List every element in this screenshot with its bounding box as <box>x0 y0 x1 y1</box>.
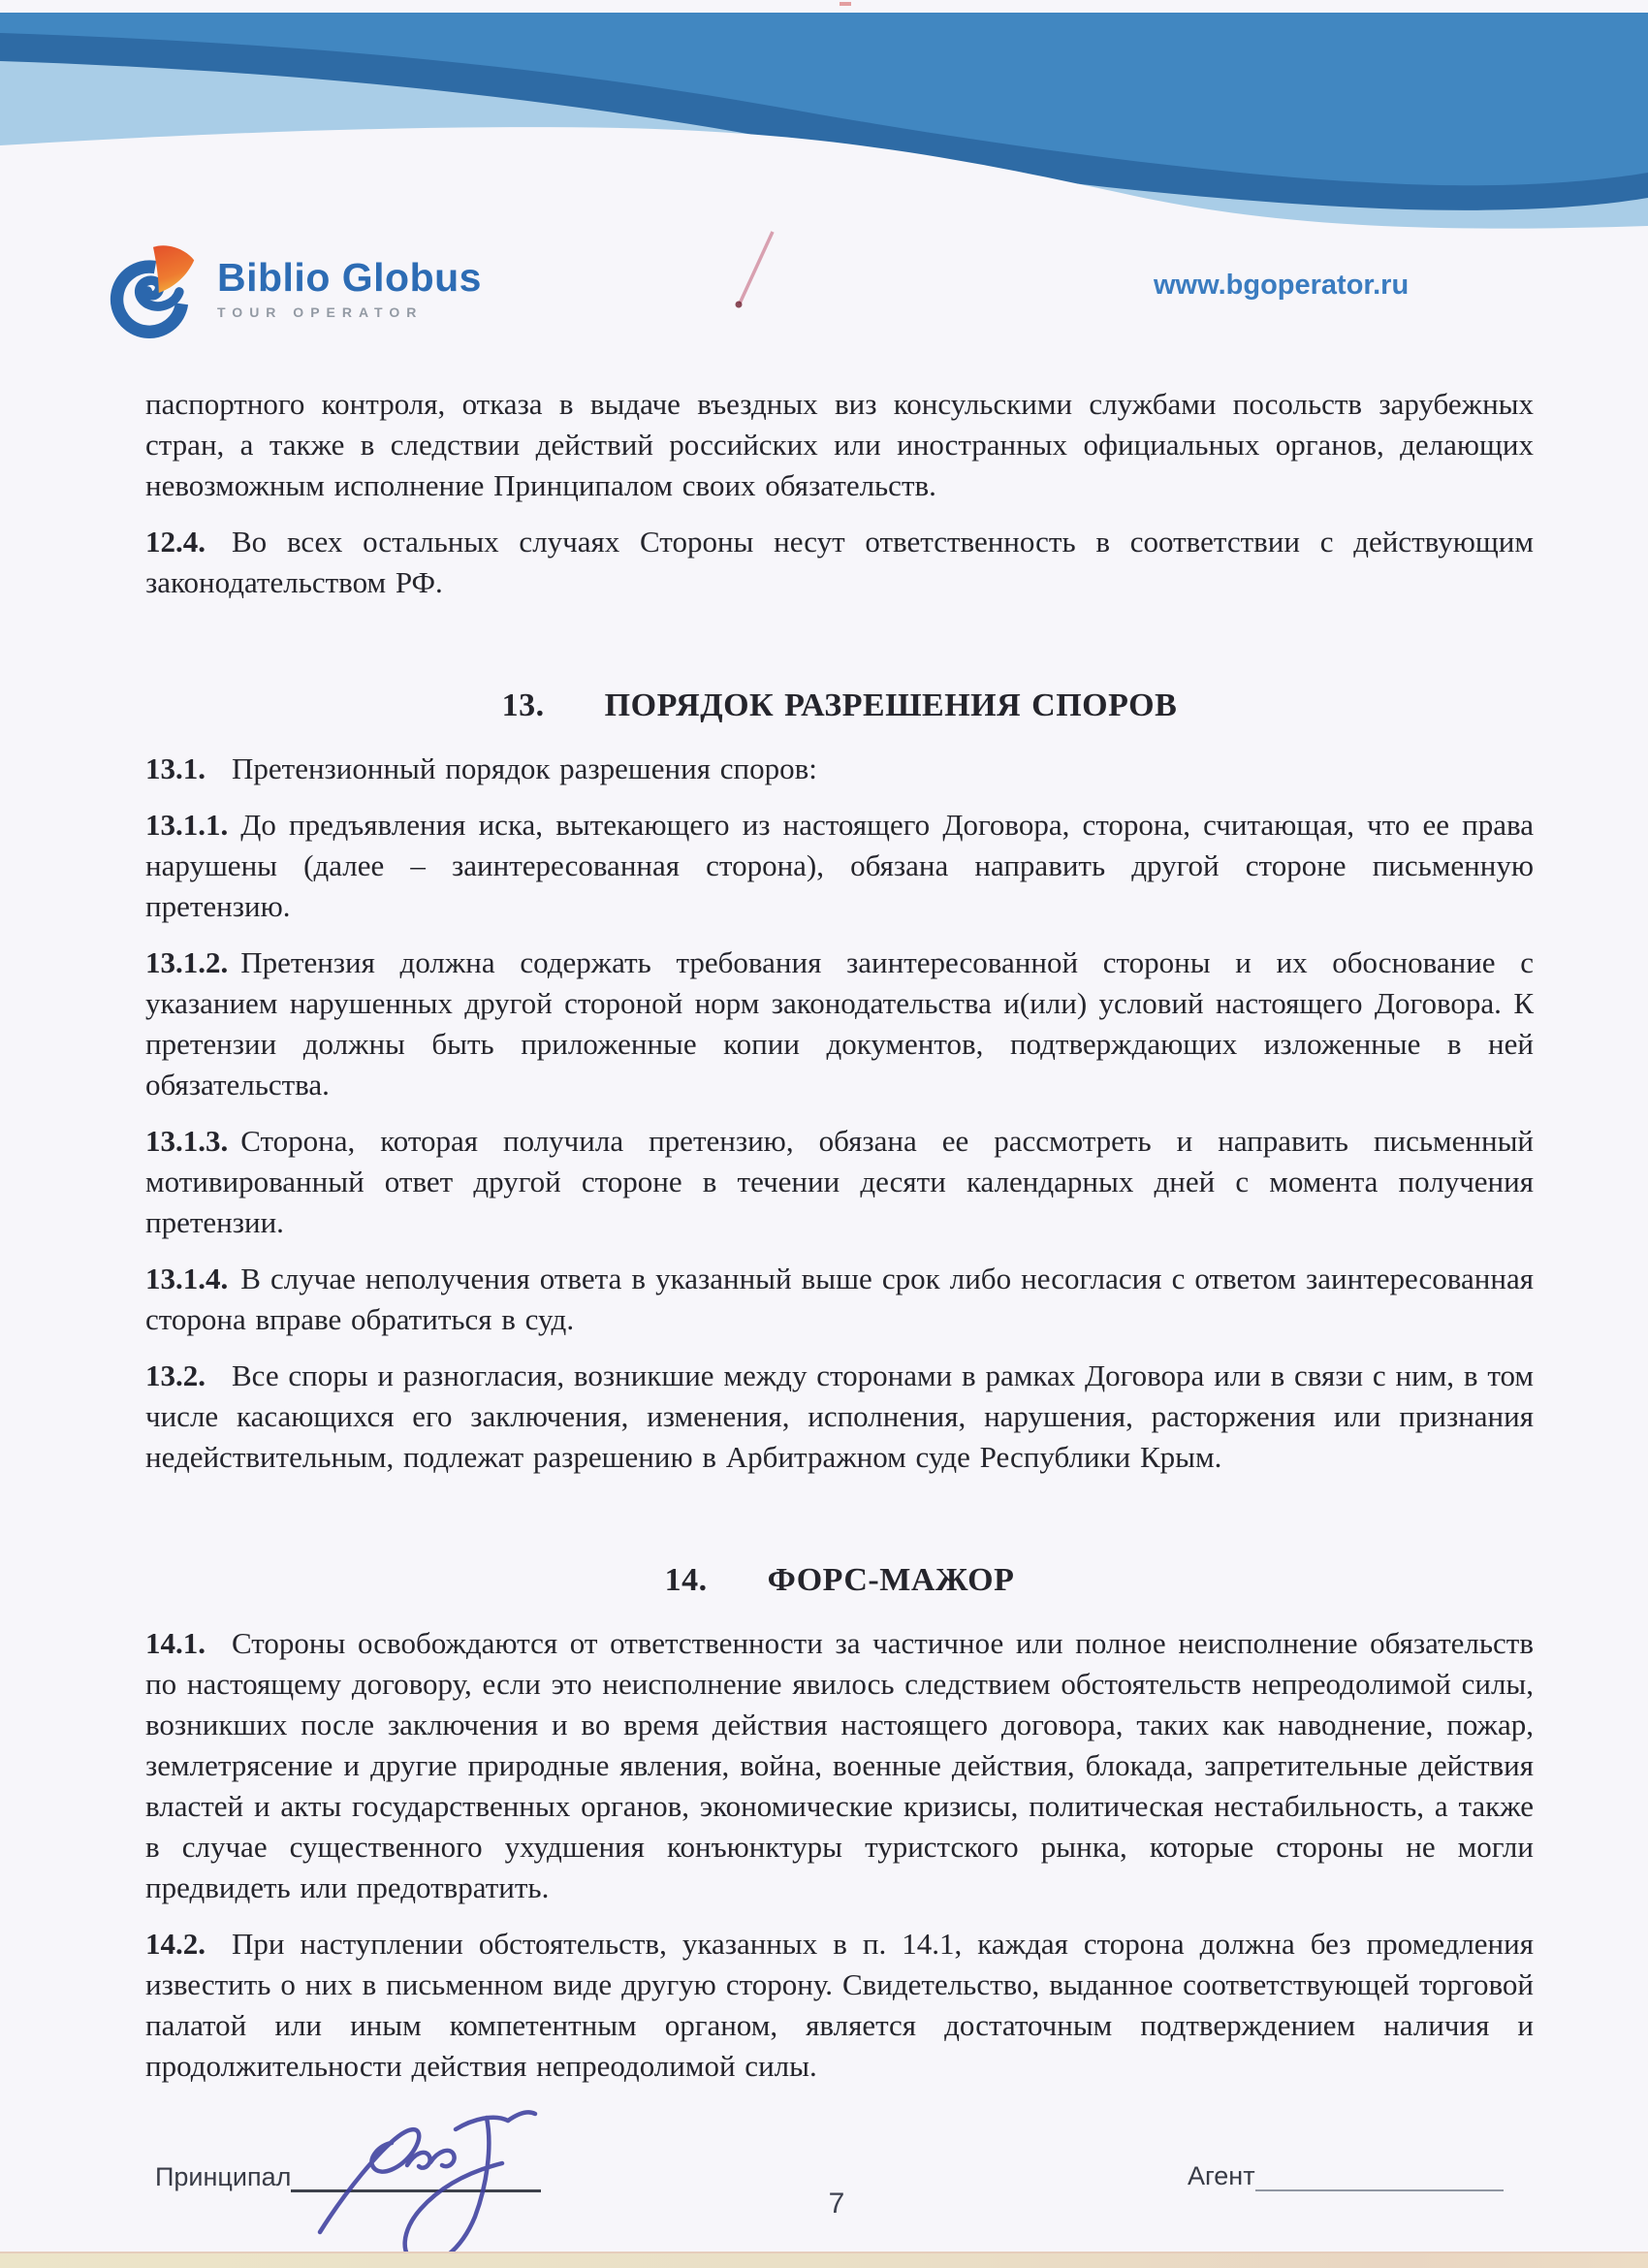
principal-signature-line <box>291 2160 541 2192</box>
clause-number: 13.1.4. <box>145 1262 228 1295</box>
clause-text: Стороны освобождаются от ответственности… <box>145 1626 1534 1904</box>
clause-text: Сторона, которая получила претензию, обя… <box>145 1124 1534 1239</box>
paragraph-13-1-3: 13.1.3.Сторона, которая получила претенз… <box>145 1121 1534 1243</box>
clause-text: Все споры и разногласия, возникшие между… <box>145 1358 1534 1474</box>
clause-number: 14.1. <box>145 1626 206 1660</box>
section-title: ПОРЯДОК РАЗРЕШЕНИЯ СПОРОВ <box>605 687 1178 723</box>
clause-number: 13.1. <box>145 751 206 785</box>
paragraph-14-2: 14.2.При наступлении обстоятельств, указ… <box>145 1924 1534 2087</box>
section-title: ФОРС-МАЖОР <box>768 1562 1015 1598</box>
clause-text: В случае неполучения ответа в указанный … <box>145 1262 1534 1336</box>
paragraph-12-4: 12.4.Во всех остальных случаях Стороны н… <box>145 522 1534 603</box>
document-page: Biblio Globus TOUR OPERATOR www.bgoperat… <box>0 0 1648 2268</box>
brand-name: Biblio Globus <box>217 256 482 299</box>
principal-signature-block: Принципал <box>155 2160 541 2192</box>
brand-logo: Biblio Globus TOUR OPERATOR <box>107 244 482 339</box>
clause-text: Во всех остальных случаях Стороны несут … <box>145 525 1534 599</box>
principal-label: Принципал <box>155 2162 291 2191</box>
agent-signature-block: Агент <box>1188 2160 1504 2191</box>
clause-text: Претензия должна содержать требования за… <box>145 945 1534 1102</box>
clause-number: 13.1.3. <box>145 1124 228 1158</box>
section-number: 14. <box>665 1562 708 1598</box>
brand-subtitle: TOUR OPERATOR <box>217 304 482 320</box>
clause-text: До предъявления иска, вытекающего из нас… <box>145 808 1534 923</box>
scan-edge-band <box>0 2252 1648 2268</box>
paragraph-13-1-4: 13.1.4.В случае неполучения ответа в ука… <box>145 1259 1534 1340</box>
globe-logo-icon <box>107 244 200 339</box>
paragraph-13-1-1: 13.1.1.До предъявления иска, вытекающего… <box>145 805 1534 927</box>
paragraph-13-2: 13.2.Все споры и разногласия, возникшие … <box>145 1356 1534 1478</box>
clause-number: 13.1.1. <box>145 808 228 842</box>
header-wave-decoration <box>0 0 1648 242</box>
brand-text: Biblio Globus TOUR OPERATOR <box>217 244 482 320</box>
paragraph-13-1-2: 13.1.2.Претензия должна содержать требов… <box>145 942 1534 1105</box>
clause-text: Претензионный порядок разрешения споров: <box>232 751 817 785</box>
clause-number: 12.4. <box>145 525 206 559</box>
agent-signature-line <box>1255 2160 1504 2191</box>
section-number: 13. <box>502 687 545 723</box>
contract-body: паспортного контроля, отказа в выдаче въ… <box>145 384 1534 2102</box>
clause-text: паспортного контроля, отказа в выдаче въ… <box>145 387 1534 502</box>
clause-number: 13.1.2. <box>145 945 228 979</box>
paragraph-continuation: паспортного контроля, отказа в выдаче въ… <box>145 384 1534 506</box>
section-heading-13: 13.ПОРЯДОК РАЗРЕШЕНИЯ СПОРОВ <box>145 683 1534 729</box>
website-url: www.bgoperator.ru <box>1154 270 1409 302</box>
paragraph-14-1: 14.1.Стороны освобождаются от ответствен… <box>145 1623 1534 1908</box>
clause-number: 13.2. <box>145 1358 206 1392</box>
section-heading-14: 14.ФОРС-МАЖОР <box>145 1557 1534 1604</box>
clause-text: При наступлении обстоятельств, указанных… <box>145 1927 1534 2083</box>
agent-label: Агент <box>1188 2161 1255 2190</box>
clause-number: 14.2. <box>145 1927 206 1961</box>
paragraph-13-1: 13.1.Претензионный порядок разрешения сп… <box>145 749 1534 789</box>
page-number: 7 <box>808 2188 866 2220</box>
